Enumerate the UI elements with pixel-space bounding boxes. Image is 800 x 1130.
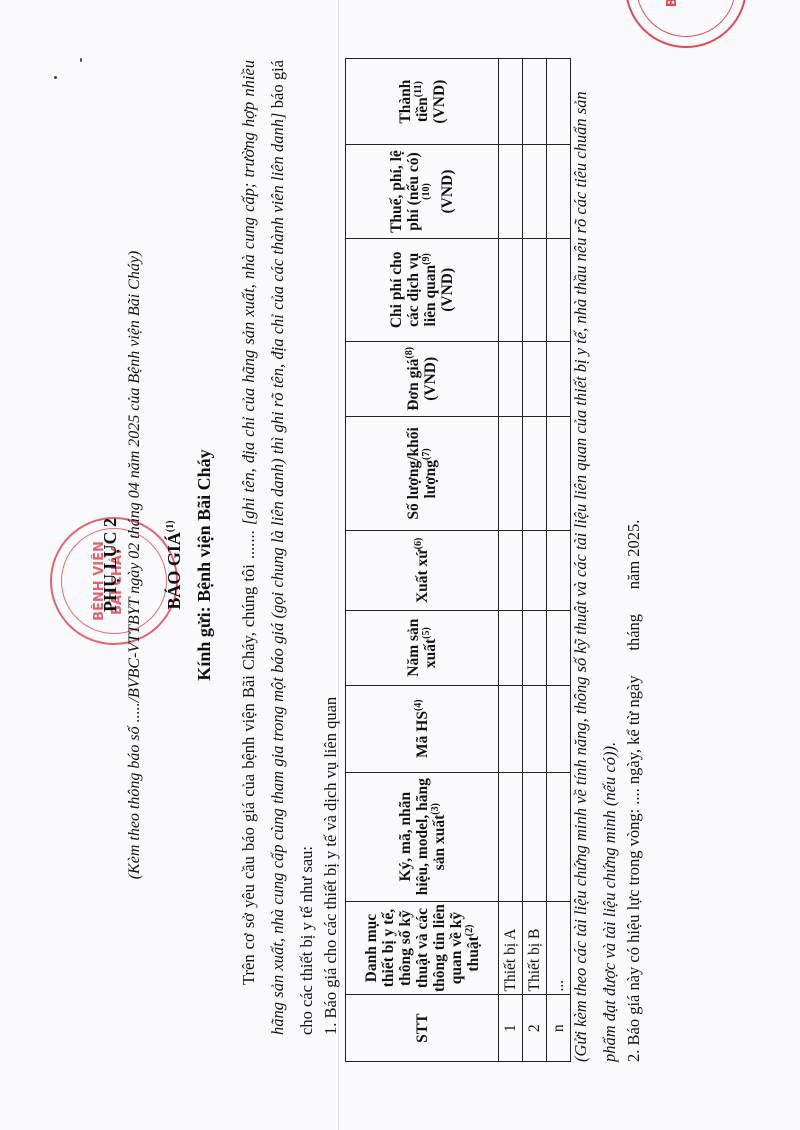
attachment-note-text: (Gửi kèm theo các tài liệu chứng minh về… [566, 58, 624, 1062]
table-row: 1 Thiết bị A [499, 59, 523, 1062]
recipient-line: Kính gửi: Bệnh viện Bãi Cháy [194, 0, 215, 1130]
footnote-ref: (1) [165, 520, 176, 532]
seal-text-line1: BỆNH [665, 0, 680, 46]
cell-empty [523, 341, 547, 416]
cell-stt: 1 [499, 995, 523, 1062]
document-page: BỆNH VIỆN BÃI CHÁY PHỤ LỤC 2 (Kèm theo t… [0, 0, 800, 1130]
col-header-stt: STT [346, 995, 499, 1062]
cell-empty [523, 59, 547, 145]
validity-line: 2. Báo giá này có hiệu lực trong vòng: .… [624, 520, 644, 1062]
cell-empty [499, 530, 523, 610]
seal-text-line2: BÃI [683, 0, 698, 46]
cell-stt: 2 [523, 995, 547, 1062]
intro-lead: Trên cơ sở yêu cầu báo giá của bệnh viện… [239, 525, 258, 985]
quote-title-text: BÁO GIÁ [164, 532, 184, 610]
section-1-heading: 1. Báo giá cho các thiết bị y tế và dịch… [321, 697, 341, 1035]
attachment-note: (Gửi kèm theo các tài liệu chứng minh về… [566, 58, 624, 1062]
cell-empty [523, 530, 547, 610]
cell-item: Thiết bị B [523, 901, 547, 995]
cell-empty [523, 238, 547, 341]
cell-empty [499, 59, 523, 145]
cell-empty [523, 145, 547, 239]
quote-table: STT Danh mục thiết bị y tế, thông số kỹ … [345, 58, 571, 1062]
col-header-origin: Xuất xứ(6) [346, 530, 499, 610]
col-header-model: Ký, mã, nhãn hiệu, model, hãng sản xuất(… [346, 772, 499, 901]
col-header-unit-price: Đơn giá(8)(VND) [346, 341, 499, 416]
cell-empty [523, 685, 547, 772]
intro-paragraph: Trên cơ sở yêu cầu báo giá của bệnh viện… [234, 60, 321, 1035]
col-header-quantity: Số lượng/khối lượng(7) [346, 416, 499, 530]
quote-title: BÁO GIÁ(1) [164, 0, 185, 1130]
col-header-tax: Thuế, phí, lệ phí (nếu có)(10)(VND) [346, 145, 499, 239]
cell-item: Thiết bị A [499, 901, 523, 995]
appendix-title: PHỤ LỤC 2 [100, 0, 121, 1130]
col-header-total: Thành tiền(11)(VND) [346, 59, 499, 145]
cell-empty [499, 685, 523, 772]
cell-empty [523, 610, 547, 685]
table-row: 2 Thiết bị B [523, 59, 547, 1062]
cell-empty [499, 772, 523, 901]
cell-empty [499, 341, 523, 416]
cell-empty [499, 610, 523, 685]
appendix-subtitle: (Kèm theo thông báo số ...../BVBC-VTTBYT… [126, 0, 144, 1130]
cell-empty [499, 145, 523, 239]
cell-empty [499, 416, 523, 530]
corner-seal-stamp: BỆNH BÃI [625, 0, 747, 48]
col-header-year: Năm sản xuất(5) [346, 610, 499, 685]
col-header-hs-code: Mã HS(4) [346, 685, 499, 772]
table-header-row: STT Danh mục thiết bị y tế, thông số kỹ … [346, 59, 499, 1062]
col-header-service-cost: Chi phí cho các dịch vụ liên quan(9)(VND… [346, 238, 499, 341]
cell-empty [523, 416, 547, 530]
cell-empty [499, 238, 523, 341]
col-header-item: Danh mục thiết bị y tế, thông số kỹ thuậ… [346, 901, 499, 995]
cell-empty [523, 772, 547, 901]
